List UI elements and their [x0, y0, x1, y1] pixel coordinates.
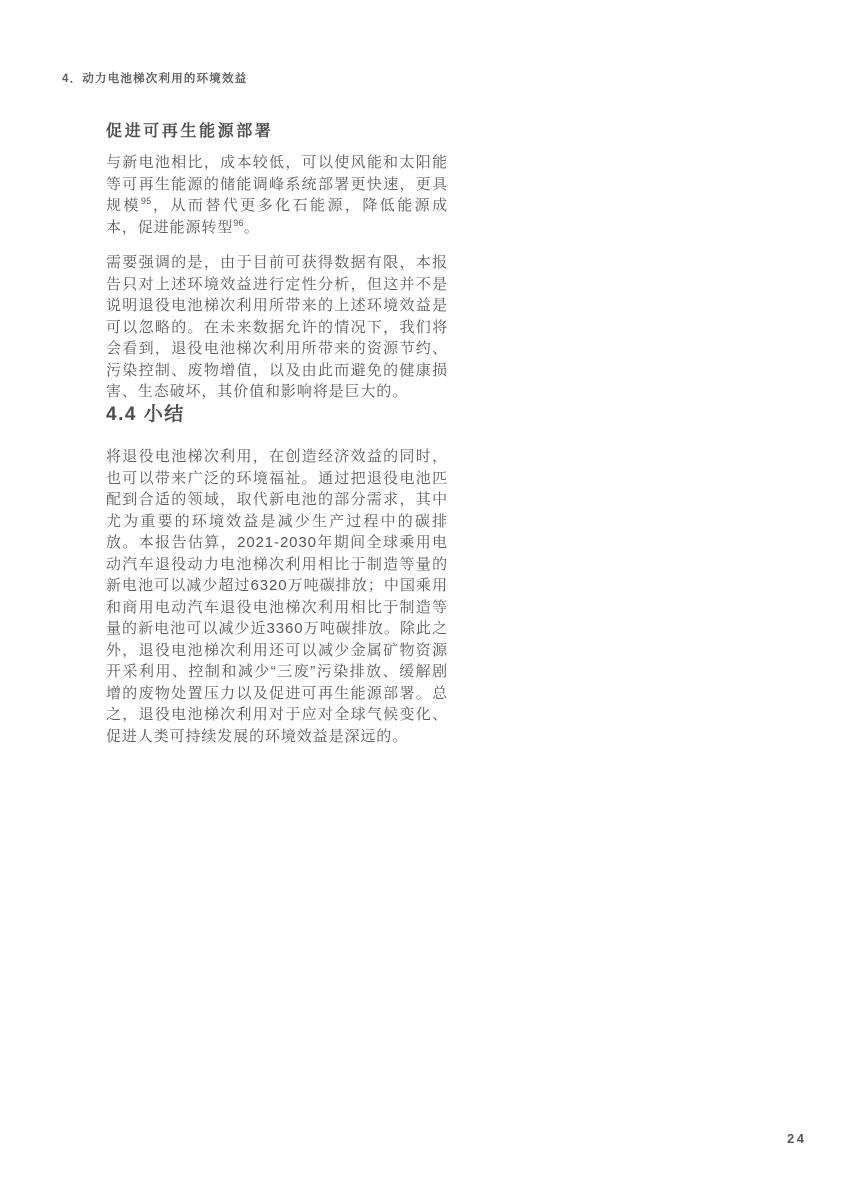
paragraph-renewable-energy-benefit: 与新电池相比，成本较低，可以使风能和太阳能等可再生能源的储能调峰系统部署更快速，…	[106, 152, 448, 238]
footnote-ref-96: 96	[233, 218, 244, 228]
footnote-ref-95: 95	[141, 196, 152, 206]
running-header: 4．动力电池梯次利用的环境效益	[62, 70, 247, 86]
paragraph-text: ，从而替代更多化石能源，降低能源成本，促进能源转型	[106, 197, 448, 236]
subsection-heading-4-4-summary: 4.4 小结	[106, 399, 185, 426]
section-heading-renewable-energy: 促进可再生能源部署	[106, 118, 273, 141]
page-number: 24	[787, 1131, 806, 1146]
document-page: 4．动力电池梯次利用的环境效益 促进可再生能源部署 与新电池相比，成本较低，可以…	[0, 0, 851, 1193]
paragraph-summary: 将退役电池梯次利用，在创造经济效益的同时，也可以带来广泛的环境福祉。通过把退役电…	[106, 446, 448, 747]
paragraph-qualitative-caveat: 需要强调的是，由于目前可获得数据有限，本报告只对上述环境效益进行定性分析，但这并…	[106, 252, 448, 403]
paragraph-text: 。	[244, 219, 260, 236]
